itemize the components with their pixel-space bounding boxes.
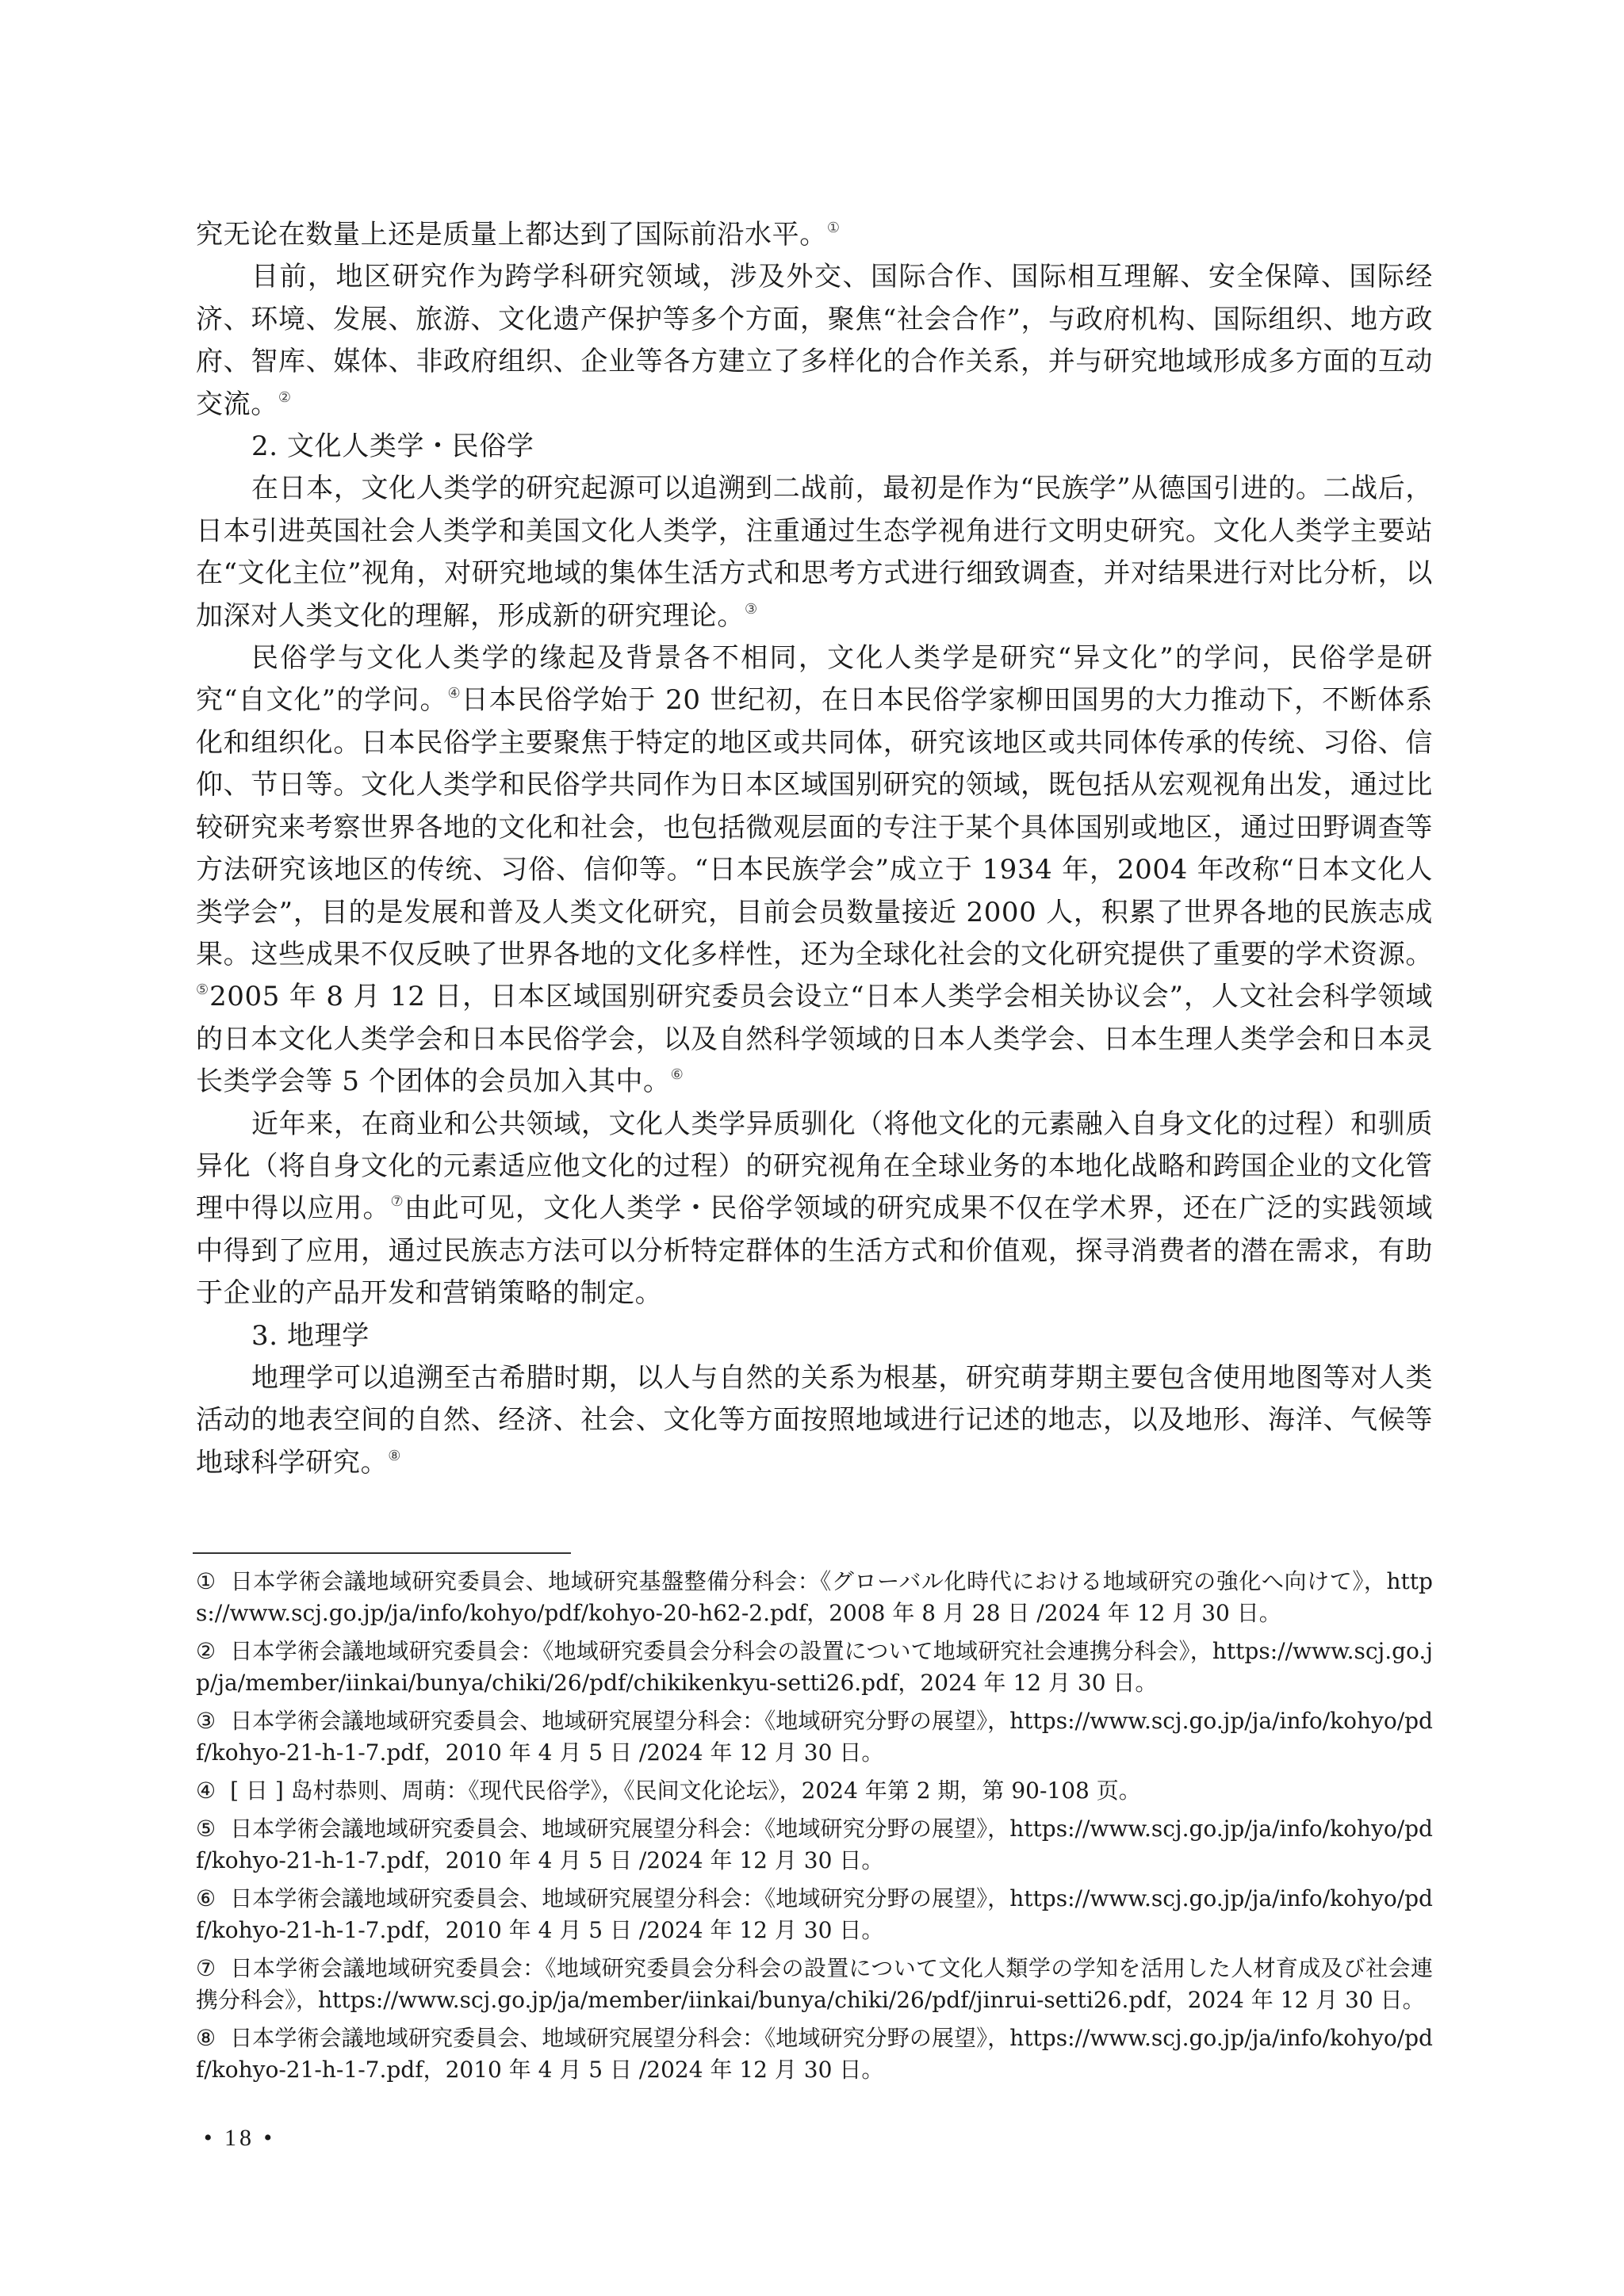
- page-number: • 18 •: [204, 2125, 275, 2152]
- footnote-mark: ⑤: [196, 1816, 216, 1842]
- footnote-4: ④[ 日 ] 岛村恭则、周萌：《现代民俗学》，《民间文化论坛》，2024 年第 …: [196, 1775, 1433, 1807]
- footnote-ref-7[interactable]: ⑦: [391, 1193, 404, 1210]
- footnote-7: ⑦日本学術会議地域研究委員会：《地域研究委員会分科会の設置について文化人類学の学…: [196, 1953, 1433, 2016]
- paragraph-area-studies: 目前，地区研究作为跨学科研究领域，涉及外交、国际合作、国际相互理解、安全保障、国…: [196, 256, 1433, 426]
- footnote-5: ⑤日本学術会議地域研究委員会、地域研究展望分科会：《地域研究分野の展望》，htt…: [196, 1813, 1433, 1877]
- footnote-mark: ⑧: [196, 2025, 216, 2051]
- footnote-mark: ⑦: [196, 1955, 216, 1981]
- footnotes-section: ①日本学術会議地域研究委員会、地域研究基盤整備分科会：《グローバル化時代における…: [196, 1566, 1433, 2092]
- footnote-text: 日本学術会議地域研究委員会、地域研究展望分科会：《地域研究分野の展望》，http…: [196, 1816, 1433, 1873]
- paragraph-anthropology-origin: 在日本，文化人类学的研究起源可以追溯到二战前，最初是作为“民族学”从德国引进的。…: [196, 468, 1433, 637]
- footnote-text: 日本学術会議地域研究委員会、地域研究展望分科会：《地域研究分野の展望》，http…: [196, 1885, 1433, 1943]
- footnote-ref-5[interactable]: ⑤: [196, 982, 209, 998]
- section-heading-geography: 3. 地理学: [196, 1315, 1433, 1357]
- footnote-divider: [193, 1552, 571, 1554]
- section-heading-cultural-anthropology: 2. 文化人类学・民俗学: [196, 426, 1433, 468]
- paragraph-applications: 近年来，在商业和公共领域，文化人类学异质驯化（将他文化的元素融入自身文化的过程）…: [196, 1104, 1433, 1315]
- footnote-ref-8[interactable]: ⑧: [388, 1448, 401, 1464]
- paragraph-continuation: 究无论在数量上还是质量上都达到了国际前沿水平。①: [196, 214, 1433, 256]
- footnote-3: ③日本学術会議地域研究委員会、地域研究展望分科会：《地域研究分野の展望》，htt…: [196, 1705, 1433, 1769]
- footnote-text: 日本学術会議地域研究委員会、地域研究展望分科会：《地域研究分野の展望》，http…: [196, 2025, 1433, 2083]
- paragraph-text: 地理学可以追溯至古希腊时期，以人与自然的关系为根基，研究萌芽期主要包含使用地图等…: [196, 1362, 1433, 1479]
- footnote-2: ②日本学術会議地域研究委員会：《地域研究委員会分科会の設置について地域研究社会連…: [196, 1636, 1433, 1699]
- footnote-ref-1[interactable]: ①: [827, 220, 841, 236]
- footnote-mark: ④: [196, 1777, 216, 1804]
- footnote-text: 日本学術会議地域研究委員会、地域研究展望分科会：《地域研究分野の展望》，http…: [196, 1708, 1433, 1766]
- footnote-ref-2[interactable]: ②: [278, 389, 292, 406]
- footnote-mark: ②: [196, 1638, 216, 1664]
- footnote-text: [ 日 ] 岛村恭则、周萌：《现代民俗学》，《民间文化论坛》，2024 年第 2…: [230, 1777, 1141, 1804]
- footnote-text: 日本学術会議地域研究委員会、地域研究基盤整備分科会：《グローバル化時代における地…: [196, 1568, 1433, 1626]
- footnote-8: ⑧日本学術会議地域研究委員会、地域研究展望分科会：《地域研究分野の展望》，htt…: [196, 2022, 1433, 2086]
- footnote-mark: ③: [196, 1708, 216, 1734]
- footnote-mark: ①: [196, 1568, 216, 1594]
- paragraph-geography: 地理学可以追溯至古希腊时期，以人与自然的关系为根基，研究萌芽期主要包含使用地图等…: [196, 1357, 1433, 1484]
- footnote-6: ⑥日本学術会議地域研究委員会、地域研究展望分科会：《地域研究分野の展望》，htt…: [196, 1883, 1433, 1946]
- main-body: 究无论在数量上还是质量上都达到了国际前沿水平。① 目前，地区研究作为跨学科研究领…: [196, 214, 1433, 1484]
- footnote-1: ①日本学術会議地域研究委員会、地域研究基盤整備分科会：《グローバル化時代における…: [196, 1566, 1433, 1629]
- paragraph-text: 究无论在数量上还是质量上都达到了国际前沿水平。: [196, 219, 827, 251]
- footnote-ref-3[interactable]: ③: [745, 601, 758, 618]
- paragraph-text: 2005 年 8 月 12 日，日本区域国别研究委员会设立“日本人类学会相关协议…: [196, 981, 1433, 1097]
- footnote-mark: ⑥: [196, 1885, 216, 1911]
- paragraph-folklore: 民俗学与文化人类学的缘起及背景各不相同，文化人类学是研究“异文化”的学问，民俗学…: [196, 637, 1433, 1103]
- footnote-ref-6[interactable]: ⑥: [671, 1066, 684, 1083]
- paragraph-text: 日本民俗学始于 20 世纪初，在日本民俗学家柳田国男的大力推动下，不断体系化和组…: [196, 684, 1433, 970]
- footnote-text: 日本学術会議地域研究委員会：《地域研究委員会分科会の設置について文化人類学の学知…: [196, 1955, 1433, 2013]
- footnote-ref-4[interactable]: ④: [448, 685, 462, 702]
- paragraph-text: 目前，地区研究作为跨学科研究领域，涉及外交、国际合作、国际相互理解、安全保障、国…: [196, 261, 1433, 419]
- footnote-text: 日本学術会議地域研究委員会：《地域研究委員会分科会の設置について地域研究社会連携…: [196, 1638, 1433, 1696]
- paragraph-text: 在日本，文化人类学的研究起源可以追溯到二战前，最初是作为“民族学”从德国引进的。…: [196, 473, 1433, 631]
